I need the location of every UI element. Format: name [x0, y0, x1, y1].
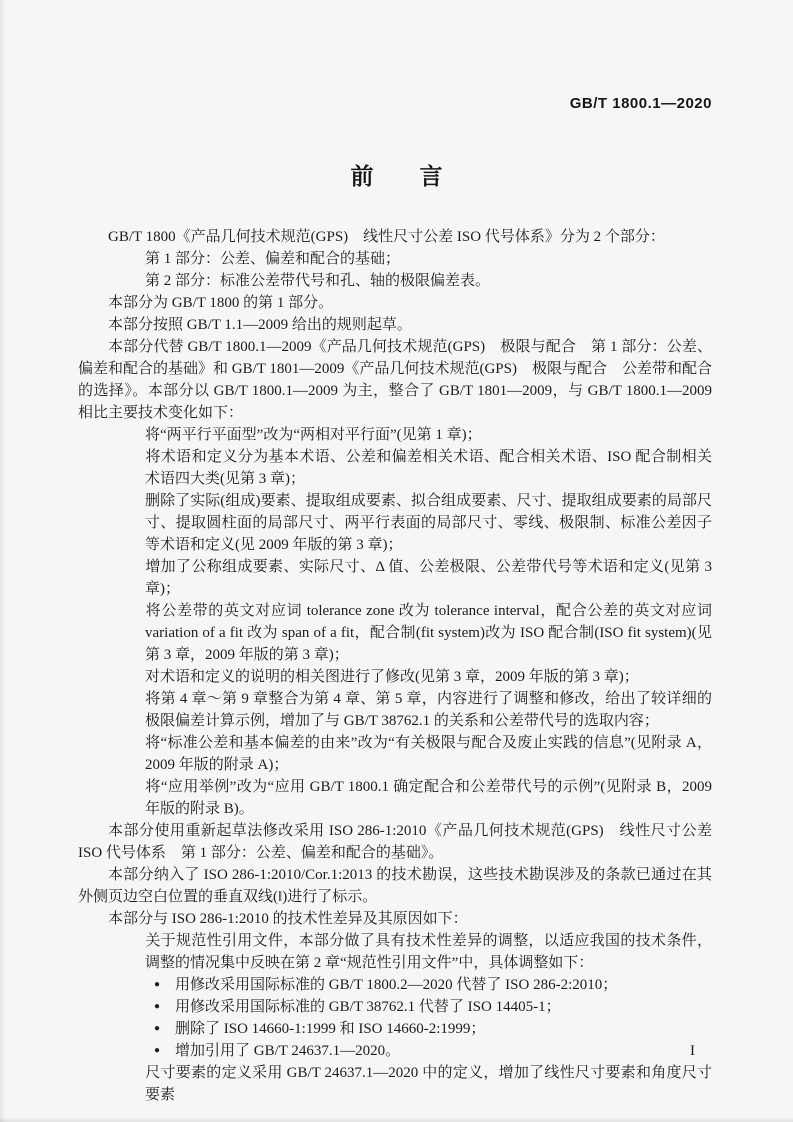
- bullet-list-item: ●用修改采用国际标准的 GB/T 1800.2—2020 代替了 ISO 286…: [78, 974, 712, 996]
- bullet-list-item: ●增加引用了 GB/T 24637.1—2020。: [78, 1040, 712, 1062]
- dash-marker: ——: [105, 270, 145, 292]
- dash-list-item: ——将第 4 章～第 9 章整合为第 4 章、第 5 章，内容进行了调整和修改，…: [78, 688, 712, 732]
- paragraph: 本部分纳入了 ISO 286-1:2010/Cor.1:2013 的技术勘误，这…: [78, 864, 712, 908]
- document-page: GB/T 1800.1—2020 前 言 GB/T 1800《产品几何技术规范(…: [0, 0, 793, 1122]
- bullet-icon: ●: [154, 974, 160, 996]
- dash-marker: ——: [105, 688, 145, 710]
- paragraph: GB/T 1800《产品几何技术规范(GPS) 线性尺寸公差 ISO 代号体系》…: [78, 226, 712, 248]
- paragraph: 本部分使用重新起草法修改采用 ISO 286-1:2010《产品几何技术规范(G…: [78, 820, 712, 864]
- dash-list-item: ——将“标准公差和基本偏差的由来”改为“有关极限与配合及废止实践的信息”(见附录…: [78, 732, 712, 776]
- dash-marker: ——: [105, 446, 145, 468]
- paragraph: 本部分与 ISO 286-1:2010 的技术性差异及其原因如下：: [78, 908, 712, 930]
- dash-marker: ——: [105, 248, 145, 270]
- paragraph: 本部分按照 GB/T 1.1—2009 给出的规则起草。: [78, 314, 712, 336]
- dash-marker: ——: [105, 490, 145, 512]
- dash-list-item: ——第 1 部分：公差、偏差和配合的基础；: [78, 248, 712, 270]
- dash-marker: ——: [105, 930, 145, 952]
- dash-marker: ——: [105, 732, 145, 754]
- dash-list-item: ——第 2 部分：标准公差带代号和孔、轴的极限偏差表。: [78, 270, 712, 292]
- dash-marker: ——: [105, 424, 145, 446]
- doc-code: GB/T 1800.1—2020: [570, 96, 712, 112]
- dash-list-item: ——将术语和定义分为基本术语、公差和偏差相关术语、配合相关术语、ISO 配合制相…: [78, 446, 712, 490]
- dash-list-item: ——将“两平行平面型”改为“两相对平行面”(见第 1 章)；: [78, 424, 712, 446]
- dash-list-item: ——关于规范性引用文件，本部分做了具有技术性差异的调整，以适应我国的技术条件，调…: [78, 930, 712, 974]
- dash-marker: ——: [105, 1062, 145, 1084]
- bullet-icon: ●: [154, 1018, 160, 1040]
- dash-list-item: ——尺寸要素的定义采用 GB/T 24637.1—2020 中的定义，增加了线性…: [78, 1062, 712, 1106]
- page-title: 前 言: [0, 163, 793, 189]
- dash-marker: ——: [105, 776, 145, 798]
- dash-marker: ——: [105, 666, 145, 688]
- dash-list-item: ——删除了实际(组成)要素、提取组成要素、拟合组成要素、尺寸、提取组成要素的局部…: [78, 490, 712, 556]
- dash-list-item: ——将公差带的英文对应词 tolerance zone 改为 tolerance…: [78, 600, 712, 666]
- dash-list-item: ——将“应用举例”改为“应用 GB/T 1800.1 确定配合和公差带代号的示例…: [78, 776, 712, 820]
- bullet-icon: ●: [154, 1040, 160, 1062]
- foreword-content: GB/T 1800《产品几何技术规范(GPS) 线性尺寸公差 ISO 代号体系》…: [78, 226, 712, 1106]
- bullet-list-item: ●用修改采用国际标准的 GB/T 38762.1 代替了 ISO 14405-1…: [78, 996, 712, 1018]
- dash-marker: ——: [105, 600, 145, 622]
- dash-list-item: ——对术语和定义的说明的相关图进行了修改(见第 3 章，2009 年版的第 3 …: [78, 666, 712, 688]
- paragraph: 本部分代替 GB/T 1800.1—2009《产品几何技术规范(GPS) 极限与…: [78, 336, 712, 424]
- paragraph: 本部分为 GB/T 1800 的第 1 部分。: [78, 292, 712, 314]
- page-number: I: [690, 1042, 695, 1060]
- bullet-icon: ●: [154, 996, 160, 1018]
- dash-marker: ——: [105, 556, 145, 578]
- bullet-list-item: ●删除了 ISO 14660-1:1999 和 ISO 14660-2:1999…: [78, 1018, 712, 1040]
- dash-list-item: ——增加了公称组成要素、实际尺寸、Δ 值、公差极限、公差带代号等术语和定义(见第…: [78, 556, 712, 600]
